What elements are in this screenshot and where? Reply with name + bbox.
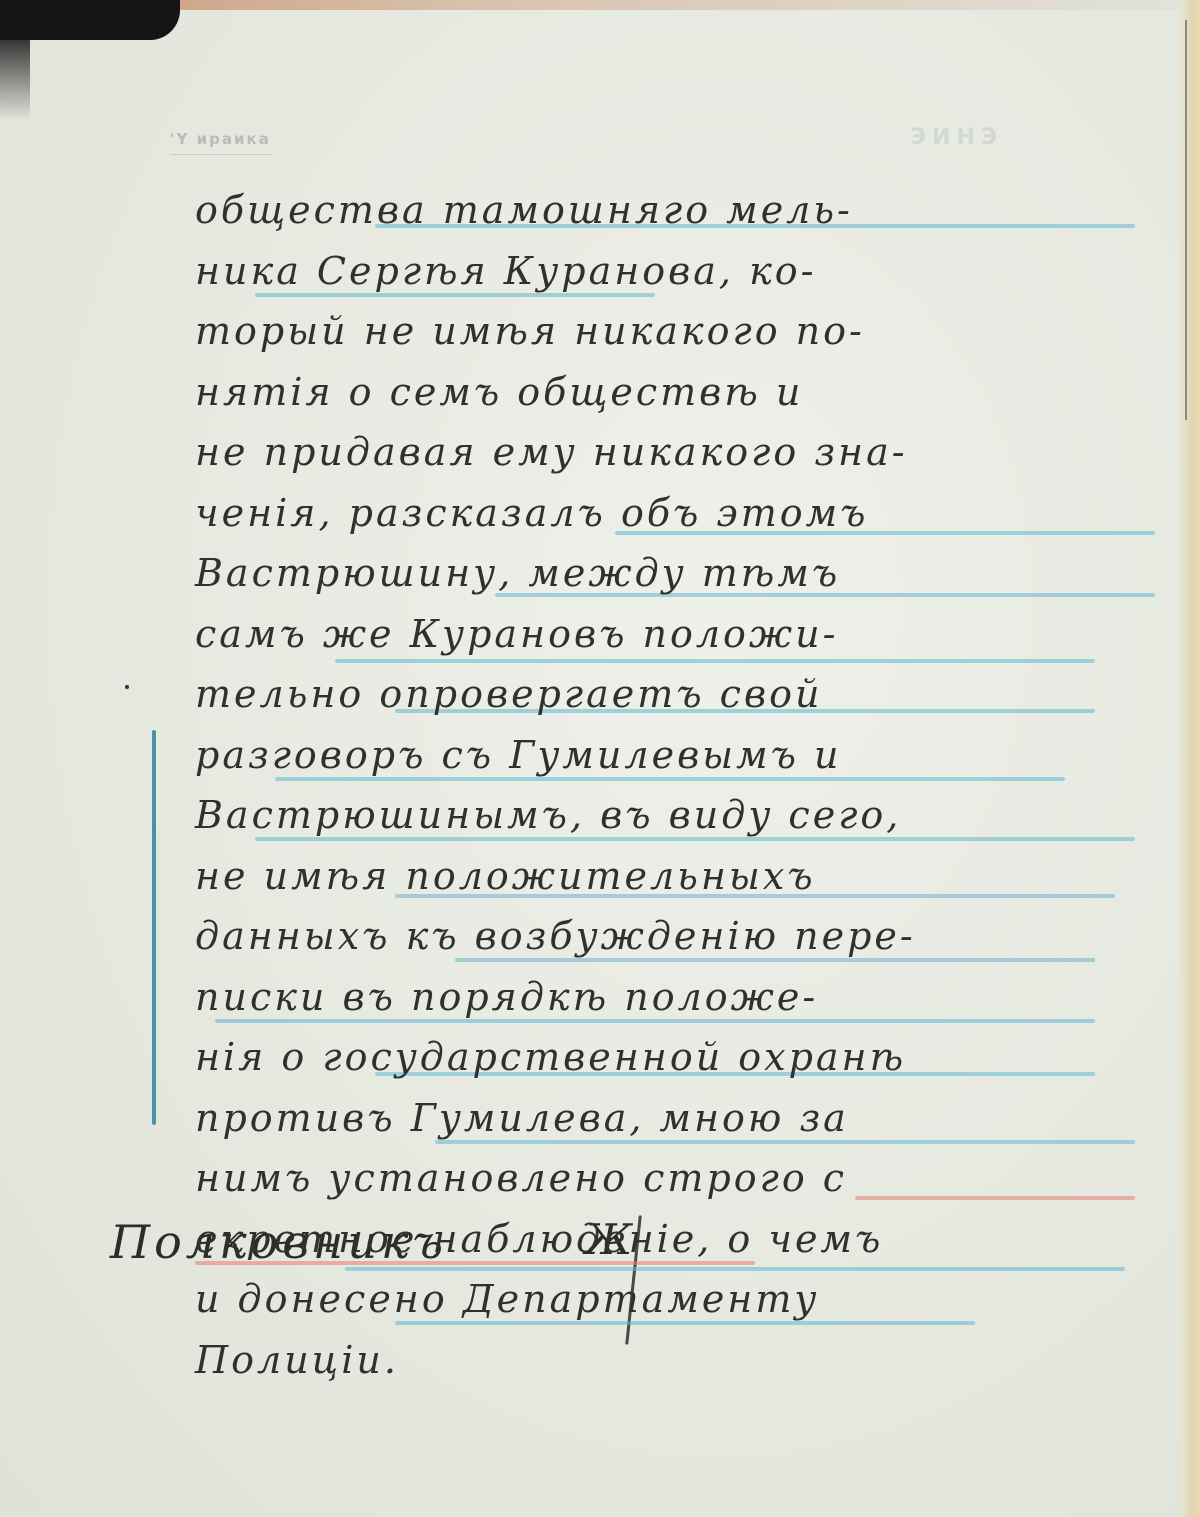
text-line: Вастрюшину, между тѣмъ bbox=[195, 543, 1165, 604]
ink-dot bbox=[125, 685, 129, 689]
text-line: торый не имѣя никакого по- bbox=[195, 301, 1165, 362]
text-line: нимъ установлено строго с bbox=[195, 1148, 1165, 1209]
text-line: тельно опровергаетъ свой bbox=[195, 664, 1165, 725]
text-line: разговоръ съ Гумилевымъ и bbox=[195, 725, 1165, 786]
text-line: не придавая ему никакого зна- bbox=[195, 422, 1165, 483]
text-line: нятія о семъ обществѣ и bbox=[195, 362, 1165, 423]
text-line: общества тамошняго мель- bbox=[195, 180, 1165, 241]
page-right-edge bbox=[1180, 0, 1200, 1517]
handwritten-text: общества тамошняго мель- ника Сергѣя Кур… bbox=[195, 180, 1165, 1390]
text-line: писки въ порядкѣ положе- bbox=[195, 967, 1165, 1028]
text-line: данныхъ къ возбужденію пере- bbox=[195, 906, 1165, 967]
document-page: 'Y ираика ЭИНЭ общества тамошняго мель- … bbox=[0, 0, 1200, 1517]
text-line: Вастрюшинымъ, въ виду сего, bbox=[195, 785, 1165, 846]
text-line: противъ Гумилева, мною за bbox=[195, 1088, 1165, 1149]
text-line: екретное наблюденіе, о чемъ bbox=[195, 1209, 1165, 1270]
text-line: не имѣя положительныхъ bbox=[195, 846, 1165, 907]
page-corner-shadow-left bbox=[0, 0, 30, 120]
text-line: Полиціи. bbox=[195, 1330, 1165, 1391]
text-line: и донесено Департаменту bbox=[195, 1269, 1165, 1330]
text-line: ченія, разсказалъ объ этомъ bbox=[195, 483, 1165, 544]
stamp-bleedthrough-right: ЭИНЭ bbox=[910, 125, 1003, 150]
stamp-bleedthrough: 'Y ираика bbox=[170, 130, 271, 155]
text-line: нія о государственной охранѣ bbox=[195, 1027, 1165, 1088]
page-binding-line bbox=[1185, 20, 1187, 420]
margin-blue-mark bbox=[152, 730, 156, 1125]
page-top-edge bbox=[180, 0, 1200, 10]
text-line: самъ же Курановъ положи- bbox=[195, 604, 1165, 665]
text-line: ника Сергѣя Куранова, ко- bbox=[195, 241, 1165, 302]
